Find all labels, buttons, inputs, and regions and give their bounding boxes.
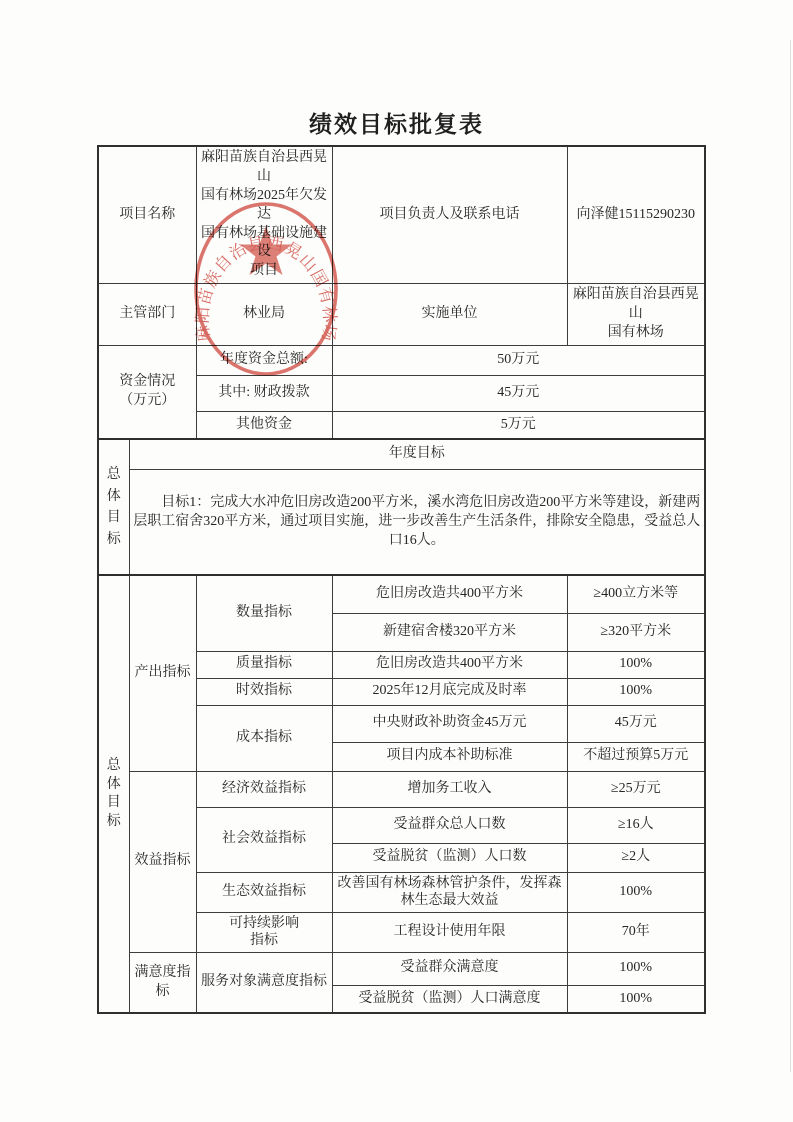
indicator-desc: 受益脱贫（监测）人口数 bbox=[332, 843, 567, 872]
document-page: 绩效目标批复表 项目名称 麻阳苗族自治县西晃山 国有林场2025年欠发达 国有林… bbox=[0, 0, 793, 1122]
indicator-desc: 受益群众总人口数 bbox=[332, 807, 567, 843]
indicator-value: 100% bbox=[567, 651, 705, 678]
indicator-desc: 工程设计使用年限 bbox=[332, 912, 567, 952]
impl-unit-value: 麻阳苗族自治县西晃山 国有林场 bbox=[567, 284, 705, 346]
funding-row-value: 50万元 bbox=[332, 345, 705, 375]
indicators-side-label: 总体 目标 bbox=[98, 575, 129, 1013]
funding-row-name: 其他资金 bbox=[196, 411, 332, 439]
indicator-desc: 改善国有林场森林管护条件，发挥森林生态最大效益 bbox=[332, 872, 567, 912]
group-benefit-label: 效益指标 bbox=[129, 771, 196, 952]
sub-economic-label: 经济效益指标 bbox=[196, 771, 332, 807]
indicator-desc: 新建宿舍楼320平方米 bbox=[332, 613, 567, 651]
indicator-desc: 受益脱贫（监测）人口满意度 bbox=[332, 985, 567, 1013]
indicator-value: 70年 bbox=[567, 912, 705, 952]
project-name-label: 项目名称 bbox=[98, 146, 196, 284]
dept-label: 主管部门 bbox=[98, 284, 196, 346]
indicator-desc: 中央财政补助资金45万元 bbox=[332, 705, 567, 742]
indicator-value: 100% bbox=[567, 985, 705, 1013]
sub-social-label: 社会效益指标 bbox=[196, 807, 332, 872]
indicator-desc: 危旧房改造共400平方米 bbox=[332, 575, 567, 613]
indicator-value: ≥25万元 bbox=[567, 771, 705, 807]
funding-row-name: 年度资金总额: bbox=[196, 345, 332, 375]
indicator-desc: 2025年12月底完成及时率 bbox=[332, 678, 567, 705]
funding-row-name: 其中: 财政拨款 bbox=[196, 375, 332, 411]
annual-goal-text: 目标1：完成大水冲危旧房改造200平方米，溪水湾危旧房改造200平方米等建设，新… bbox=[129, 469, 705, 575]
indicator-value: 100% bbox=[567, 678, 705, 705]
indicator-desc: 项目内成本补助标准 bbox=[332, 742, 567, 771]
annual-goal-header: 年度目标 bbox=[129, 439, 705, 469]
impl-unit-label: 实施单位 bbox=[332, 284, 567, 346]
dept-value: 林业局 bbox=[196, 284, 332, 346]
sub-quantity-label: 数量指标 bbox=[196, 575, 332, 651]
manager-value: 向泽健15115290230 bbox=[567, 146, 705, 284]
indicator-value: ≥320平方米 bbox=[567, 613, 705, 651]
indicator-desc: 受益群众满意度 bbox=[332, 952, 567, 985]
indicator-value: ≥400立方米等 bbox=[567, 575, 705, 613]
project-name-value: 麻阳苗族自治县西晃山 国有林场2025年欠发达 国有林场基础设施建设 项目 bbox=[196, 146, 332, 284]
overall-goal-side-label: 总 体 目 标 bbox=[98, 439, 129, 575]
sub-timeliness-label: 时效指标 bbox=[196, 678, 332, 705]
funding-row-value: 45万元 bbox=[332, 375, 705, 411]
sub-ecological-label: 生态效益指标 bbox=[196, 872, 332, 912]
indicator-desc: 危旧房改造共400平方米 bbox=[332, 651, 567, 678]
scan-edge-shadow bbox=[790, 40, 791, 1072]
page-title: 绩效目标批复表 bbox=[0, 106, 793, 139]
indicator-value: 100% bbox=[567, 952, 705, 985]
performance-target-table: 项目名称 麻阳苗族自治县西晃山 国有林场2025年欠发达 国有林场基础设施建设 … bbox=[97, 145, 706, 1014]
indicator-desc: 增加务工收入 bbox=[332, 771, 567, 807]
indicator-value: ≥16人 bbox=[567, 807, 705, 843]
sub-service-label: 服务对象满意度指标 bbox=[196, 952, 332, 1013]
indicator-value: 不超过预算5万元 bbox=[567, 742, 705, 771]
funding-row-value: 5万元 bbox=[332, 411, 705, 439]
sub-sustainable-label: 可持续影响 指标 bbox=[196, 912, 332, 952]
sub-quality-label: 质量指标 bbox=[196, 651, 332, 678]
manager-label: 项目负责人及联系电话 bbox=[332, 146, 567, 284]
group-output-label: 产出指标 bbox=[129, 575, 196, 771]
indicator-value: 100% bbox=[567, 872, 705, 912]
indicator-value: 45万元 bbox=[567, 705, 705, 742]
indicator-value: ≥2人 bbox=[567, 843, 705, 872]
sub-cost-label: 成本指标 bbox=[196, 705, 332, 771]
funding-label: 资金情况 （万元） bbox=[98, 345, 196, 439]
group-satisfaction-label: 满意度指 标 bbox=[129, 952, 196, 1013]
